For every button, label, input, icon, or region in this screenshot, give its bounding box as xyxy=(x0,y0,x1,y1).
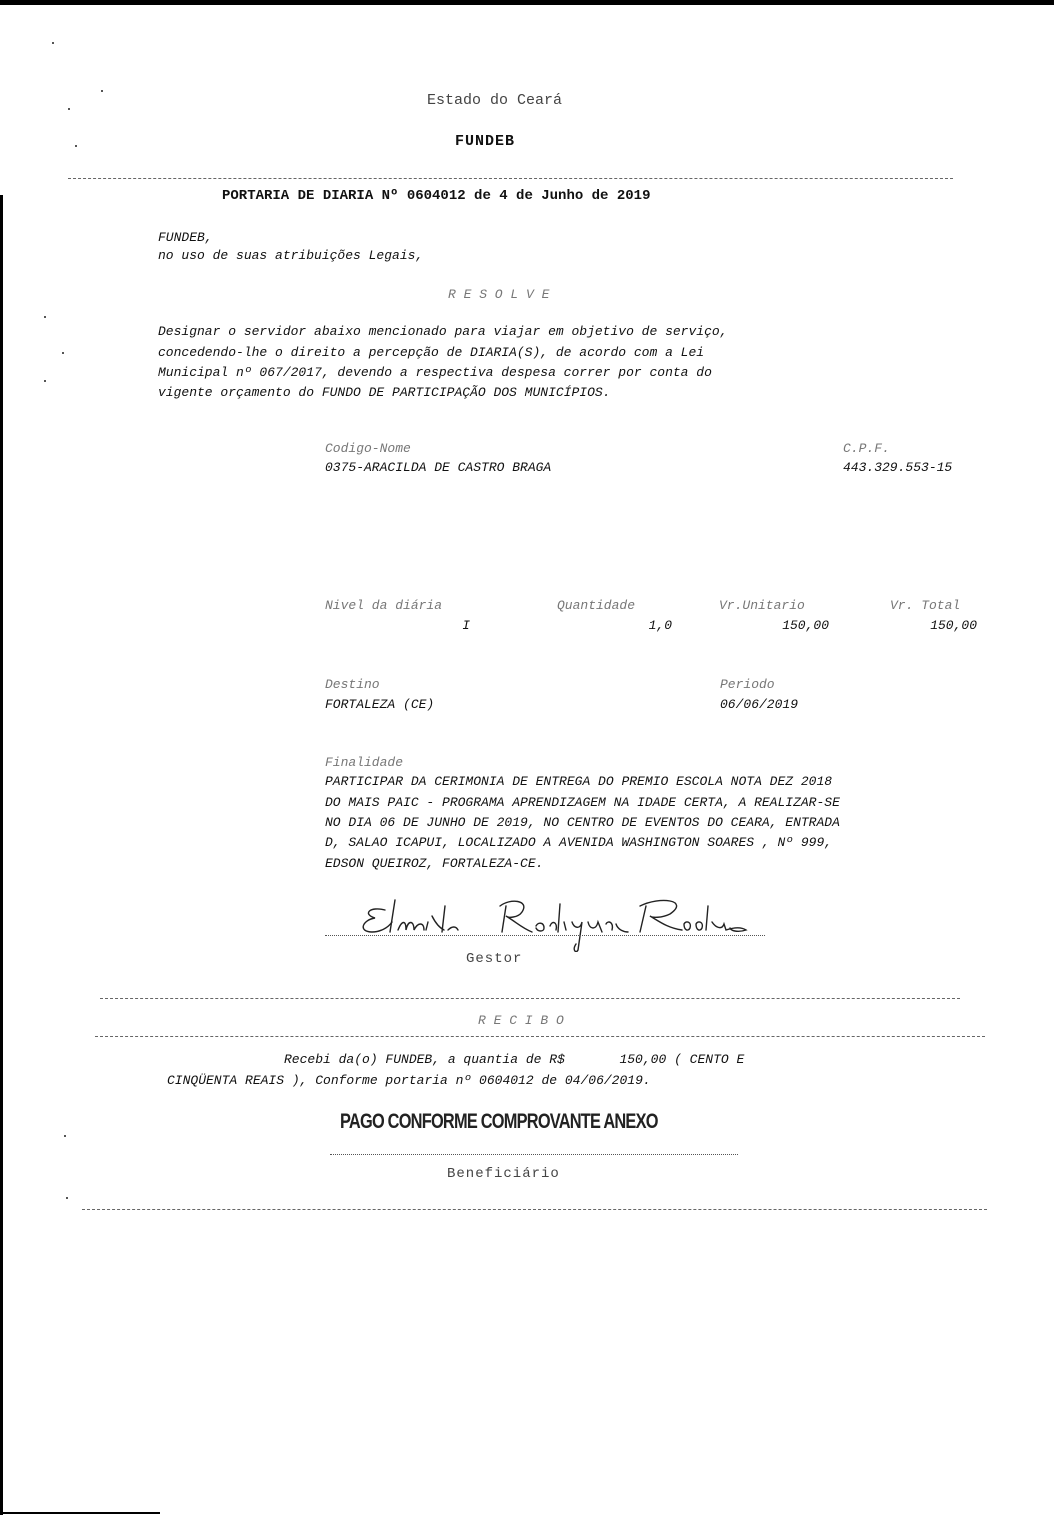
unit-price-value: 150,00 xyxy=(719,618,829,633)
scan-speck xyxy=(101,90,103,92)
scan-speck xyxy=(75,145,77,147)
unit-price-label: Vr.Unitario xyxy=(719,598,805,613)
footer-divider xyxy=(82,1209,987,1210)
resolve-heading: R E S O L V E xyxy=(448,287,549,302)
scan-top-border xyxy=(0,0,1054,5)
destination-label: Destino xyxy=(325,677,380,692)
scan-speck xyxy=(44,380,46,382)
portaria-title: PORTARIA DE DIARIA Nº 0604012 de 4 de Ju… xyxy=(222,188,650,204)
code-name-label: Codigo-Nome xyxy=(325,441,411,456)
total-value: 150,00 xyxy=(880,618,977,633)
signature-scribble-icon xyxy=(340,892,770,952)
header-divider xyxy=(68,178,953,179)
manager-role: Gestor xyxy=(466,951,522,967)
scan-left-border xyxy=(0,195,3,1515)
preamble-entity: FUNDEB, xyxy=(158,230,213,245)
preamble-text: no uso de suas atribuições Legais, xyxy=(158,248,423,263)
purpose-line: NO DIA 06 DE JUNHO DE 2019, NO CENTRO DE… xyxy=(325,815,840,830)
scan-speck xyxy=(66,1197,68,1199)
quantity-value: 1,0 xyxy=(557,618,672,633)
scan-speck xyxy=(64,1135,66,1137)
body-line: vigente orçamento do FUNDO DE PARTICIPAÇ… xyxy=(158,385,610,400)
body-line: Designar o servidor abaixo mencionado pa… xyxy=(158,324,728,339)
manager-signature xyxy=(340,892,770,952)
level-value: I xyxy=(325,618,470,633)
scan-speck xyxy=(52,42,54,44)
quantity-label: Quantidade xyxy=(557,598,635,613)
scan-speck xyxy=(68,108,70,110)
purpose-line: EDSON QUEIROZ, FORTALEZA-CE. xyxy=(325,856,543,871)
beneficiary-label: Beneficiário xyxy=(447,1166,560,1182)
receipt-divider-bottom xyxy=(95,1036,985,1037)
purpose-line: D, SALAO ICAPUI, LOCALIZADO A AVENIDA WA… xyxy=(325,835,832,850)
cpf-value: 443.329.553-15 xyxy=(843,460,952,475)
scan-bottom-border xyxy=(0,1512,160,1514)
receipt-line: Recebi da(o) FUNDEB, a quantia de R$ 150… xyxy=(284,1052,744,1067)
purpose-line: DO MAIS PAIC - PROGRAMA APRENDIZAGEM NA … xyxy=(325,795,840,810)
payment-stamp: PAGO CONFORME COMPROVANTE ANEXO xyxy=(340,1110,621,1140)
state-name: Estado do Ceará xyxy=(427,92,562,109)
signature-line xyxy=(325,935,765,936)
total-label: Vr. Total xyxy=(890,598,960,613)
entity-name: FUNDEB xyxy=(455,133,515,150)
destination-value: FORTALEZA (CE) xyxy=(325,697,434,712)
period-value: 06/06/2019 xyxy=(720,697,798,712)
cpf-label: C.P.F. xyxy=(843,441,890,456)
level-label: Nivel da diária xyxy=(325,598,442,613)
purpose-label: Finalidade xyxy=(325,755,403,770)
receipt-divider-top xyxy=(100,998,960,999)
body-line: concedendo-lhe o direito a percepção de … xyxy=(158,345,704,360)
body-line: Municipal nº 067/2017, devendo a respect… xyxy=(158,365,712,380)
purpose-line: PARTICIPAR DA CERIMONIA DE ENTREGA DO PR… xyxy=(325,774,832,789)
receipt-line: CINQÜENTA REAIS ), Conforme portaria nº … xyxy=(167,1073,651,1088)
receipt-title: R E C I B O xyxy=(478,1013,564,1028)
code-name-value: 0375-ARACILDA DE CASTRO BRAGA xyxy=(325,460,551,475)
beneficiary-signature-line xyxy=(330,1154,738,1155)
period-label: Periodo xyxy=(720,677,775,692)
scan-speck xyxy=(44,316,46,318)
scan-speck xyxy=(62,352,64,354)
